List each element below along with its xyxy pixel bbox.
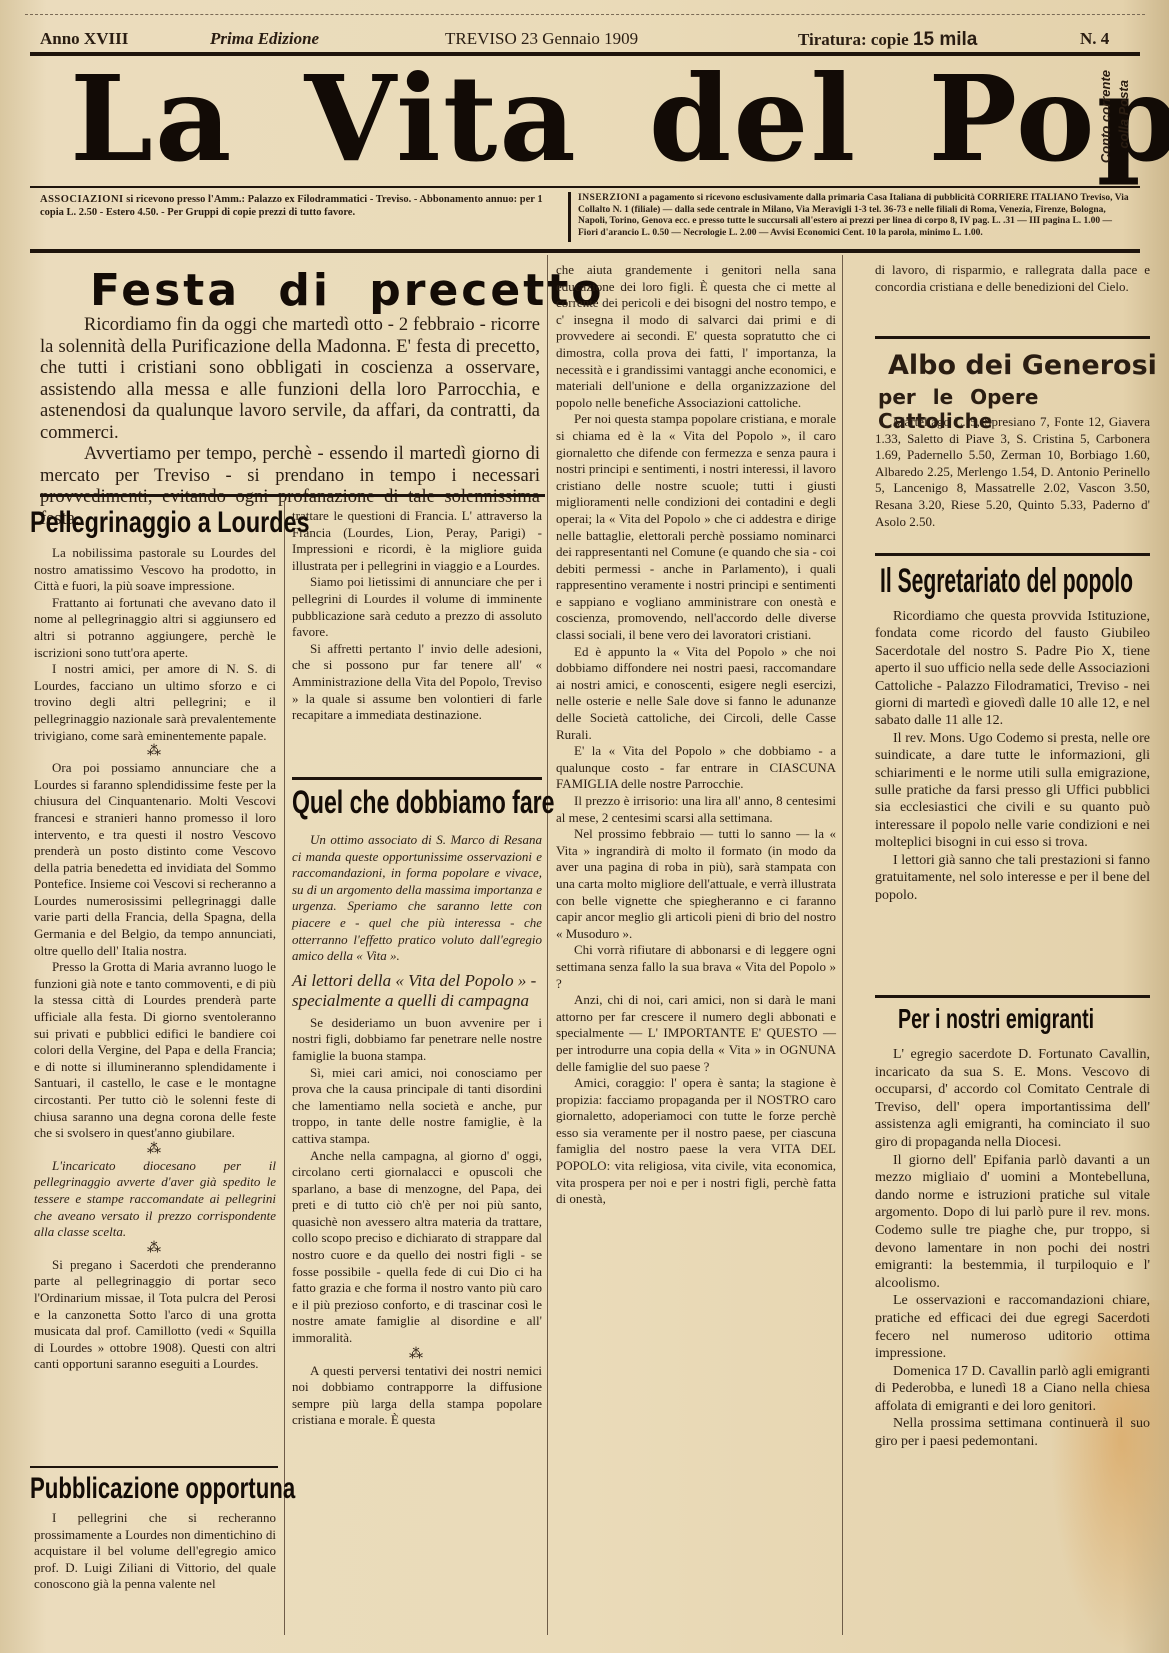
emigranti-paragraph: Il giorno dell' Epifania parlò davanti a… (875, 1152, 1150, 1293)
segretariato-article: Ricordiamo che questa provvida Istituzio… (875, 608, 1150, 904)
albo-list: Martellago L. 5, Spresiano 7, Fonte 12, … (875, 414, 1150, 530)
quel-paragraph: Se desideriamo un buon avvenire per i no… (292, 1015, 542, 1065)
column4-continuation: di lavoro, di risparmio, e rallegrata da… (875, 262, 1150, 295)
anno-label: Anno XVIII (40, 29, 128, 49)
associazioni-label: ASSOCIAZIONI (40, 194, 124, 205)
quel-subtitle: Ai lettori della « Vita del Popolo » - s… (292, 971, 542, 1011)
emigranti-article: L' egregio sacerdote D. Fortunato Cavall… (875, 1046, 1150, 1451)
issue-number: N. 4 (1080, 29, 1109, 49)
column2-continuation: trattare le questioni di Francia. L' att… (292, 508, 542, 724)
col2-paragraph: Si affretti pertanto l' invio delle ades… (292, 641, 542, 724)
tiratura-label: Tiratura: copie 15 mila (798, 29, 977, 51)
quel-paragraph: Anche nella campagna, al giorno d' oggi,… (292, 1148, 542, 1347)
quel-paragraph: A questi perversi tentativi dei nostri n… (292, 1363, 542, 1429)
lourdes-headline: Pellegrinaggio a Lourdes (30, 506, 310, 540)
section-asterism: ⁂ (292, 1347, 542, 1363)
albo-top-rule (875, 336, 1150, 339)
column-separator (842, 255, 843, 1635)
col3-paragraph: Ed è appunto la « Vita del Popolo » che … (556, 644, 836, 744)
tiratura-value: 15 mila (913, 29, 977, 50)
top-dashed-rule (25, 14, 1145, 15)
lourdes-paragraph: Si pregano i Sacerdoti che prenderanno p… (34, 1257, 276, 1373)
albo-headline: Albo dei Generosi (888, 350, 1157, 381)
col3-paragraph: Chi vorrà rifiutare di abbonarsi e di le… (556, 942, 836, 992)
inserzioni-box: INSERZIONI a pagamento si ricevono esclu… (578, 193, 1133, 247)
postal-note: Conto corrente colla Posta (1090, 70, 1160, 180)
albo-article: Martellago L. 5, Spresiano 7, Fonte 12, … (875, 414, 1150, 530)
masthead-bottom-rule (30, 186, 1140, 188)
festa-paragraph: Ricordiamo fin da oggi che martedì otto … (40, 315, 540, 444)
lourdes-paragraph: Presso la Grotta di Maria avranno luogo … (34, 959, 276, 1142)
section-asterism: ⁂ (34, 1241, 276, 1257)
section-asterism: ⁂ (34, 744, 276, 760)
lourdes-paragraph: Ora poi possiamo annunciare che a Lourde… (34, 760, 276, 959)
lourdes-paragraph: La nobilissima pastorale su Lourdes del … (34, 545, 276, 595)
section-asterism: ⁂ (34, 1142, 276, 1158)
quel-paragraph: Sì, miei cari amici, noi conosciamo per … (292, 1065, 542, 1148)
lourdes-article: La nobilissima pastorale su Lourdes del … (34, 545, 276, 1373)
col3-paragraph: Amici, coraggio: l' opera è santa; la st… (556, 1075, 836, 1208)
col3-paragraph: Nel prossimo febbraio — tutti lo sanno —… (556, 826, 836, 942)
festa-article: Ricordiamo fin da oggi che martedì otto … (40, 315, 540, 530)
quel-article: Un ottimo associato di S. Marco di Resan… (292, 832, 542, 1429)
col3-paragraph: Anzi, chi di noi, cari amici, non si dar… (556, 992, 836, 1075)
inserzioni-text: a pagamento si ricevono esclusivamente d… (578, 193, 1129, 238)
column-separator (547, 255, 548, 1635)
festa-bottom-rule (40, 494, 545, 497)
edizione-label: Prima Edizione (210, 29, 319, 49)
lourdes-paragraph: Frattanto ai fortunati che avevano dato … (34, 595, 276, 661)
column-separator (284, 500, 285, 1635)
segretariato-paragraph: I lettori già sanno che tali prestazioni… (875, 852, 1150, 904)
col3-paragraph: E' la « Vita del Popolo » che dobbiamo -… (556, 743, 836, 793)
ads-separator (568, 192, 571, 242)
pubblicazione-paragraph: I pellegrini che si recheranno prossimam… (34, 1510, 276, 1593)
ads-bottom-rule (30, 249, 1140, 253)
emigranti-paragraph: Nella prossima settimana continuerà il s… (875, 1415, 1150, 1450)
segretariato-top-rule (875, 553, 1150, 556)
inserzioni-label: INSERZIONI (578, 193, 640, 203)
lourdes-paragraph: I nostri amici, per amore di N. S. di Lo… (34, 661, 276, 744)
lourdes-paragraph: L'incaricato diocesano per il pellegrina… (34, 1158, 276, 1241)
segretariato-headline: Il Segretariato del popolo (880, 562, 1133, 601)
emigranti-headline: Per i nostri emigranti (898, 1003, 1094, 1035)
masthead-title: La Vita del Popolo (70, 54, 1050, 184)
emigranti-paragraph: L' egregio sacerdote D. Fortunato Cavall… (875, 1046, 1150, 1152)
pubblicazione-top-rule (30, 1466, 278, 1468)
associazioni-box: ASSOCIAZIONI si ricevono presso l'Amm.: … (40, 193, 565, 247)
quel-headline: Quel che dobbiamo fare (292, 784, 554, 821)
pubblicazione-headline: Pubblicazione opportuna (30, 1472, 295, 1506)
col2-paragraph: trattare le questioni di Francia. L' att… (292, 508, 542, 574)
col3-paragraph: che aiuta grandemente i genitori nella s… (556, 262, 836, 411)
quel-top-rule (292, 777, 542, 780)
festa-headline: Festa di precetto (90, 265, 605, 316)
emigranti-top-rule (875, 995, 1150, 998)
pubblicazione-article: I pellegrini che si recheranno prossimam… (34, 1510, 276, 1593)
emigranti-paragraph: Le osservazioni e raccomandazioni chiare… (875, 1292, 1150, 1362)
header-info-bar: Anno XVIII Prima Edizione TREVISO 23 Gen… (40, 29, 1140, 51)
col3-paragraph: Il prezzo è irrisorio: una lira all' ann… (556, 793, 836, 826)
column3-continuation: che aiuta grandemente i genitori nella s… (556, 262, 836, 1208)
col3-paragraph: Per noi questa stampa popolare cristiana… (556, 411, 836, 643)
quel-intro: Un ottimo associato di S. Marco di Resan… (292, 832, 542, 965)
col2-paragraph: Siamo poi lietissimi di annunciare che p… (292, 574, 542, 640)
col4-paragraph: di lavoro, di risparmio, e rallegrata da… (875, 262, 1150, 295)
segretariato-paragraph: Ricordiamo che questa provvida Istituzio… (875, 608, 1150, 730)
emigranti-paragraph: Domenica 17 D. Cavallin parlò agli emigr… (875, 1363, 1150, 1416)
segretariato-paragraph: Il rev. Mons. Ugo Codemo si presta, nell… (875, 730, 1150, 852)
dateline: TREVISO 23 Gennaio 1909 (445, 29, 638, 49)
